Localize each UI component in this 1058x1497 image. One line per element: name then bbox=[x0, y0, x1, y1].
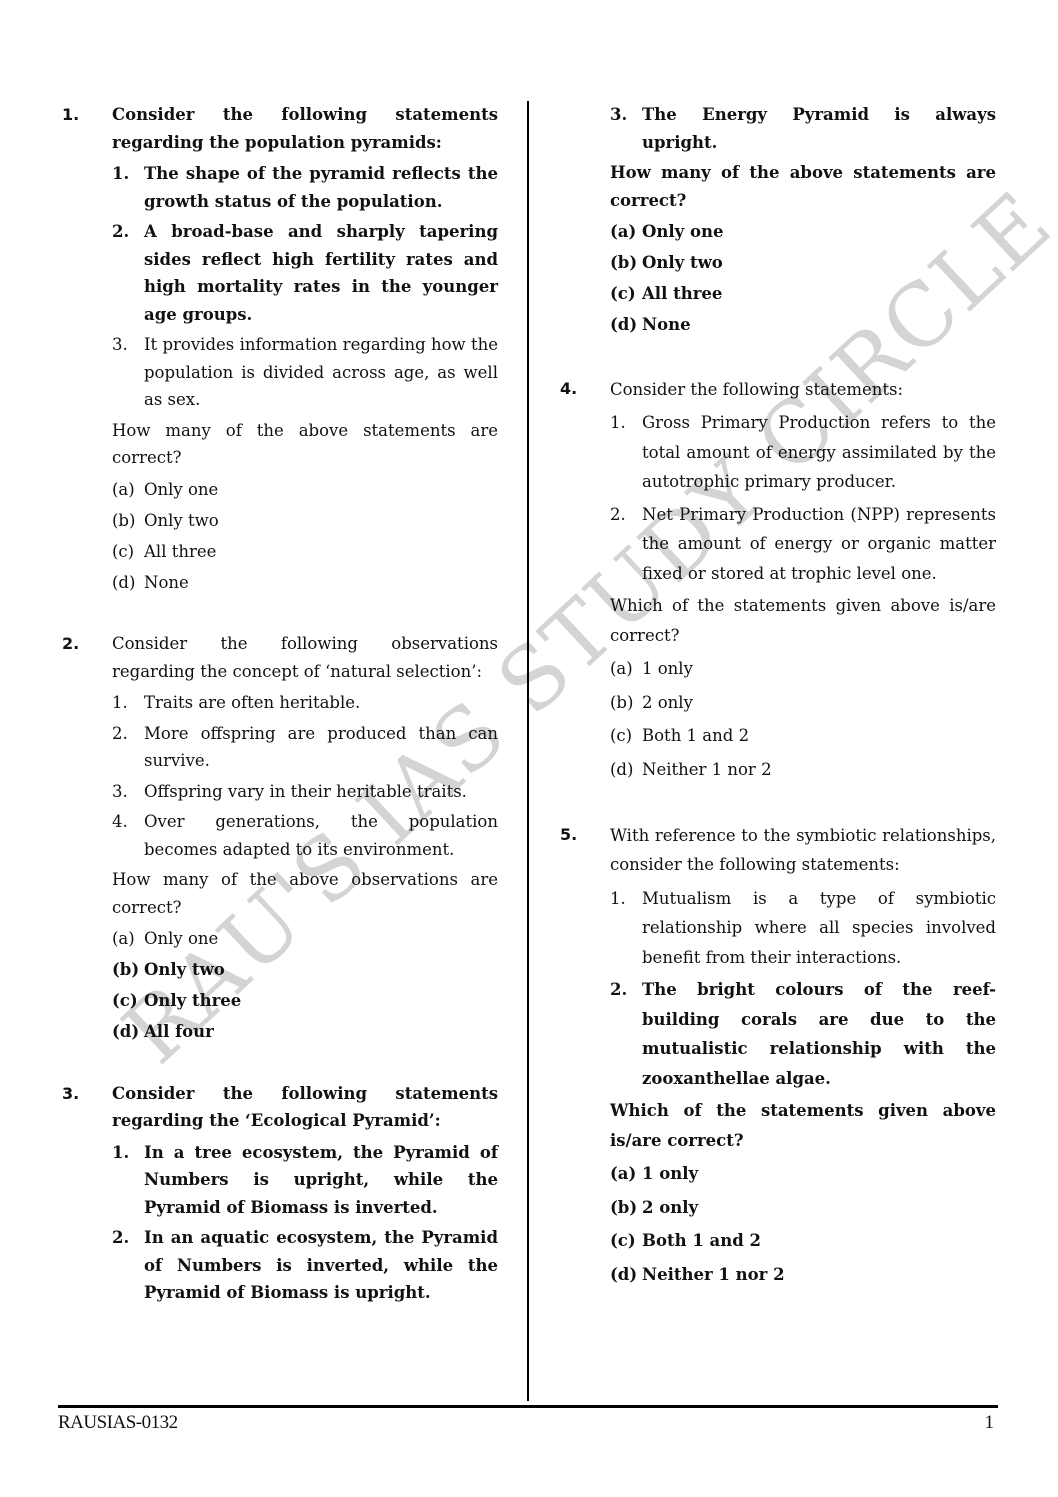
option-b[interactable]: (b)2 only bbox=[610, 688, 996, 718]
statement: 1.Mutualism is a type of symbiotic relat… bbox=[610, 884, 996, 973]
option-b[interactable]: (b)Only two bbox=[112, 507, 498, 535]
question-ask: How many of the above observations are c… bbox=[112, 866, 498, 921]
question-ask: Which of the statements given above is/a… bbox=[610, 1096, 996, 1155]
option-a[interactable]: (a)Only one bbox=[610, 218, 996, 246]
question-number: 2. bbox=[62, 630, 79, 657]
statement: 1.The shape of the pyramid reflects the … bbox=[112, 160, 498, 215]
question-4: 4. Consider the following statements: 1.… bbox=[560, 375, 996, 785]
statement: 2.Net Primary Production (NPP) represent… bbox=[610, 500, 996, 589]
statement: 4.Over generations, the population becom… bbox=[112, 808, 498, 863]
statement: 2.A broad-base and sharply tapering side… bbox=[112, 218, 498, 328]
statement: 3.It provides information regarding how … bbox=[112, 331, 498, 414]
statement: 2.In an aquatic ecosystem, the Pyramid o… bbox=[112, 1224, 498, 1307]
statement: 1.Gross Primary Production refers to the… bbox=[610, 408, 996, 497]
option-c[interactable]: (c)Both 1 and 2 bbox=[610, 721, 996, 751]
page-number: 1 bbox=[985, 1412, 995, 1434]
option-d[interactable]: (d)All four bbox=[112, 1018, 498, 1046]
option-d[interactable]: (d)None bbox=[610, 311, 996, 339]
question-stem: Consider the following observations rega… bbox=[112, 630, 498, 685]
option-a[interactable]: (a)1 only bbox=[610, 1159, 996, 1189]
option-c[interactable]: (c)All three bbox=[112, 538, 498, 566]
statement: 1.In a tree ecosystem, the Pyramid of Nu… bbox=[112, 1139, 498, 1222]
option-a[interactable]: (a)Only one bbox=[112, 476, 498, 504]
option-c[interactable]: (c)All three bbox=[610, 280, 996, 308]
question-stem: Consider the following statements: bbox=[610, 375, 996, 405]
right-column: 3.The Energy Pyramid is always upright. … bbox=[560, 101, 996, 1320]
option-d[interactable]: (d)None bbox=[112, 569, 498, 597]
question-5: 5. With reference to the symbiotic relat… bbox=[560, 821, 996, 1290]
option-b[interactable]: (b)Only two bbox=[112, 956, 498, 984]
question-stem: Consider the following statements regard… bbox=[112, 101, 498, 156]
option-d[interactable]: (d)Neither 1 nor 2 bbox=[610, 1260, 996, 1290]
question-3: 3. Consider the following statements reg… bbox=[62, 1080, 498, 1307]
question-paper-page: RAU'S IAS STUDY CIRCLE 1. Consider the f… bbox=[0, 0, 1058, 1497]
column-divider bbox=[527, 101, 529, 1401]
question-number: 1. bbox=[62, 101, 79, 128]
left-column: 1. Consider the following statements reg… bbox=[62, 101, 498, 1337]
option-d[interactable]: (d)Neither 1 nor 2 bbox=[610, 755, 996, 785]
question-number: 3. bbox=[62, 1080, 79, 1107]
question-ask: How many of the above statements are cor… bbox=[610, 159, 996, 214]
question-stem: Consider the following statements regard… bbox=[112, 1080, 498, 1135]
statement: 1.Traits are often heritable. bbox=[112, 689, 498, 717]
option-c[interactable]: (c)Only three bbox=[112, 987, 498, 1015]
question-number: 4. bbox=[560, 375, 577, 402]
statement: 3.Offspring vary in their heritable trai… bbox=[112, 778, 498, 806]
question-stem: With reference to the symbiotic relation… bbox=[610, 821, 996, 880]
footer-rule bbox=[58, 1405, 998, 1408]
option-b[interactable]: (b)2 only bbox=[610, 1193, 996, 1223]
statement: 2.The bright colours of the reef-buildin… bbox=[610, 975, 996, 1093]
option-a[interactable]: (a)1 only bbox=[610, 654, 996, 684]
question-ask: Which of the statements given above is/a… bbox=[610, 591, 996, 650]
question-3-continued: 3.The Energy Pyramid is always upright. … bbox=[560, 101, 996, 339]
question-number: 5. bbox=[560, 821, 577, 848]
statement: 2.More offspring are produced than can s… bbox=[112, 720, 498, 775]
question-2: 2. Consider the following observations r… bbox=[62, 630, 498, 1046]
statement: 3.The Energy Pyramid is always upright. bbox=[610, 101, 996, 156]
option-c[interactable]: (c)Both 1 and 2 bbox=[610, 1226, 996, 1256]
option-a[interactable]: (a)Only one bbox=[112, 925, 498, 953]
option-b[interactable]: (b)Only two bbox=[610, 249, 996, 277]
paper-code: RAUSIAS-0132 bbox=[58, 1412, 178, 1434]
question-ask: How many of the above statements are cor… bbox=[112, 417, 498, 472]
question-1: 1. Consider the following statements reg… bbox=[62, 101, 498, 596]
